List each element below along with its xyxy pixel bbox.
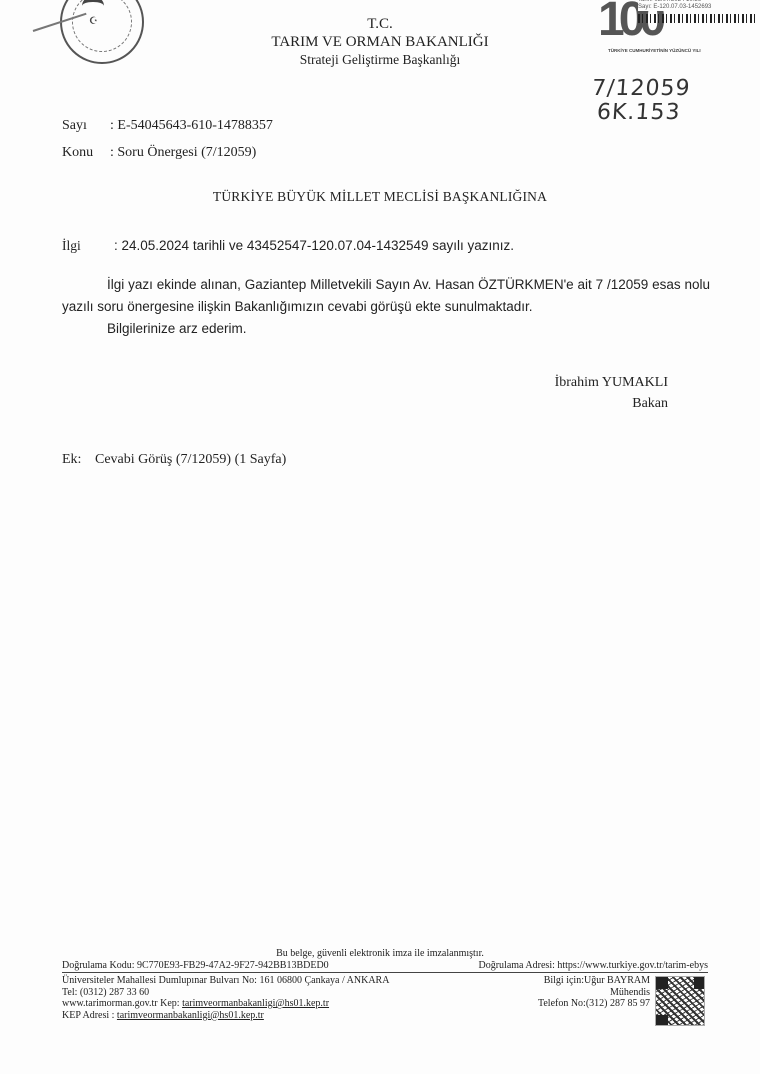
ilgi-value: : 24.05.2024 tarihli ve 43452547-120.07.…: [114, 238, 514, 253]
centennial-caption: TÜRKİYE CUMHURİYETİNİN YÜZÜNCÜ YILI: [608, 48, 701, 53]
sayi-label: Sayı: [62, 118, 110, 134]
postal-address: Üniversiteler Mahallesi Dumlupınar Bulva…: [62, 975, 389, 987]
kep-address-link[interactable]: tarimveormanbakanligi@hs01.kep.tr: [117, 1010, 264, 1021]
contact-person: Bilgi için:Uğur BAYRAM: [470, 975, 650, 987]
sayi-value: : E-54045643-610-14788357: [110, 118, 273, 133]
address-block: Üniversiteler Mahallesi Dumlupınar Bulva…: [62, 975, 389, 1021]
body-paragraph: İlgi yazı ekinde alınan, Gaziantep Mille…: [62, 274, 710, 318]
verification-code: Doğrulama Kodu: 9C770E93-FB29-47A2-9F27-…: [62, 960, 329, 971]
web-kep-line: www.tarimorman.gov.tr Kep: tarimveormanb…: [62, 998, 389, 1010]
verification-address[interactable]: Doğrulama Adresi: https://www.turkiye.go…: [479, 960, 709, 971]
signer-name: İbrahim YUMAKLI: [500, 372, 668, 393]
verification-row: Doğrulama Kodu: 9C770E93-FB29-47A2-9F27-…: [62, 960, 708, 973]
letter-body: İlgi yazı ekinde alınan, Gaziantep Mille…: [62, 274, 710, 340]
closing-paragraph: Bilgilerinize arz ederim.: [62, 318, 710, 340]
contact-block: Bilgi için:Uğur BAYRAM Mühendis Telefon …: [470, 975, 650, 1010]
website[interactable]: www.tarimorman.gov.tr Kep:: [62, 998, 182, 1009]
stamp-number: Sayı: E-120.07.03-1452693: [638, 4, 758, 11]
handwritten-code: 6K.153: [596, 100, 681, 125]
handwritten-reference: 7/12059: [591, 76, 691, 101]
contact-phone: Telefon No:(312) 287 85 97: [470, 998, 650, 1010]
document-number: Sayı: E-54045643-610-14788357: [62, 118, 273, 134]
document-subject: Konu: Soru Önergesi (7/12059): [62, 145, 256, 161]
esign-note: Bu belge, güvenli elektronik imza ile im…: [0, 948, 760, 959]
qr-code-icon: [655, 976, 705, 1026]
addressee: TÜRKİYE BÜYÜK MİLLET MECLİSİ BAŞKANLIĞIN…: [0, 189, 760, 205]
signature-block: İbrahim YUMAKLI Bakan: [500, 372, 668, 414]
kep-link[interactable]: tarimveormanbakanligi@hs01.kep.tr: [182, 998, 329, 1009]
registry-stamp: Tarih: 03/07/2024 10:36 Sayı: E-120.07.0…: [638, 0, 758, 11]
signer-title: Bakan: [500, 393, 668, 414]
konu-label: Konu: [62, 145, 110, 161]
contact-title: Mühendis: [470, 987, 650, 999]
phone: Tel: (0312) 287 33 60: [62, 987, 389, 999]
attachment-value: Cevabi Görüş (7/12059) (1 Sayfa): [95, 452, 286, 467]
kep-address-line: KEP Adresi : tarimveormanbakanligi@hs01.…: [62, 1010, 389, 1022]
kep-label: KEP Adresi :: [62, 1010, 117, 1021]
header-department: Strateji Geliştirme Başkanlığı: [0, 51, 760, 69]
ilgi-label: İlgi: [62, 238, 114, 254]
attachment-label: Ek:: [62, 452, 95, 468]
reference-line: İlgi: 24.05.2024 tarihli ve 43452547-120…: [62, 238, 514, 254]
barcode-icon: [638, 14, 756, 23]
attachment-line: Ek:Cevabi Görüş (7/12059) (1 Sayfa): [62, 452, 286, 468]
konu-value: : Soru Önergesi (7/12059): [110, 145, 256, 160]
